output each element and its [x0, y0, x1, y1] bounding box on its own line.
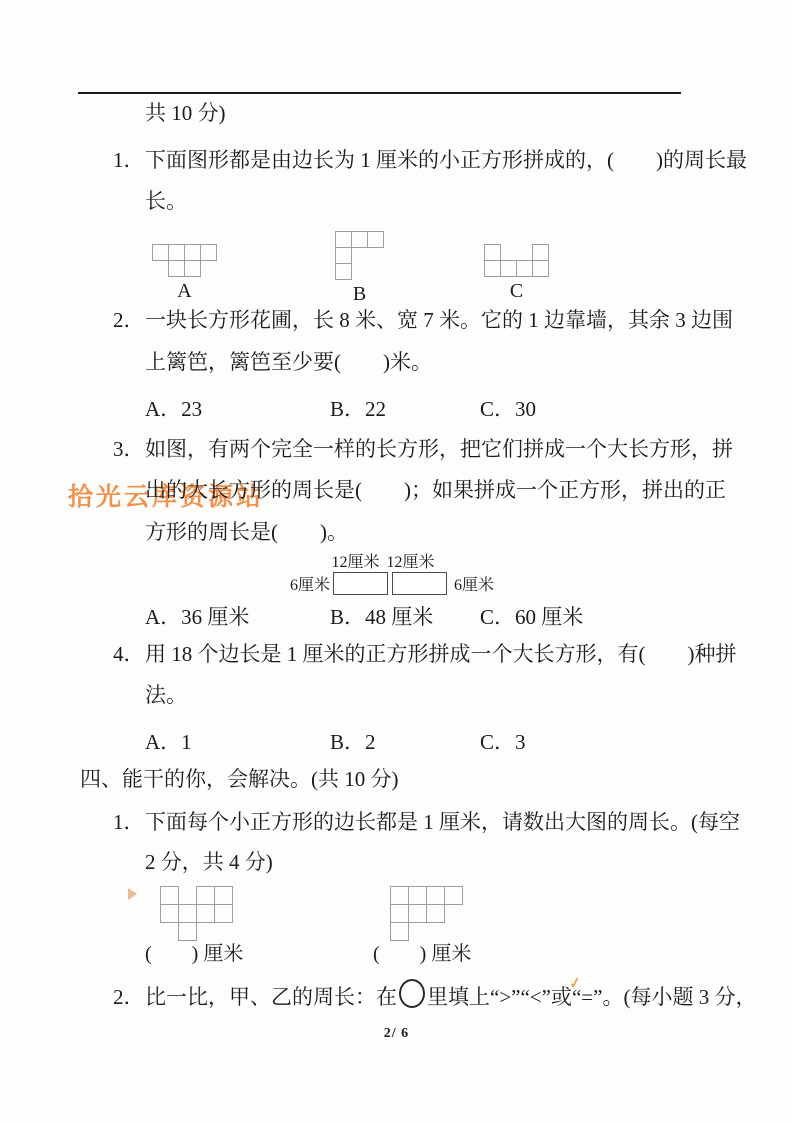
q4-line1: 4．用 18 个边长是 1 厘米的正方形拼成一个大长方形，有( )种拼: [113, 641, 736, 667]
q1-figure-c-label: C: [510, 280, 523, 303]
q1-text: 下面图形都是由边长为 1 厘米的小正方形拼成的，( )的周长最: [145, 148, 747, 172]
q4-line2: 法。: [145, 682, 187, 708]
s4q2-text-after: 里填上“>”“<”或“=”。(每小题 3 分，: [427, 985, 756, 1009]
q2-number: 2．: [113, 307, 145, 333]
watermark-artifact-triangle-icon: [128, 888, 137, 900]
q1-figure-a-grid: [152, 244, 217, 277]
s4q1-figure-left-grid: [160, 886, 233, 941]
q4-option-b: B．2: [330, 726, 376, 756]
q3-option-a: A．36 厘米: [145, 601, 249, 631]
q2-line1: 2．一块长方形花圃，长 8 米、宽 7 米。它的 1 边靠墙，其余 3 边围: [113, 307, 733, 333]
comparison-circle: [399, 979, 425, 1008]
s4q1-figure-right-grid: [390, 886, 463, 941]
q3-figure: 12厘米 12厘米 6厘米 6厘米: [287, 549, 497, 595]
q1-figure-b-label: B: [353, 283, 366, 306]
page-number: 2/ 6: [0, 1026, 793, 1042]
q1-figure-c-grid: [484, 244, 549, 277]
q2-text: 一块长方形花圃，长 8 米、宽 7 米。它的 1 边靠墙，其余 3 边围: [145, 308, 733, 332]
q3-figure-rect-1: [333, 572, 388, 595]
s4q1-text: 下面每个小正方形的边长都是 1 厘米，请数出大图的周长。(每空: [145, 810, 740, 834]
worksheet-page: 拾光云库资源站 共 10 分) 1．下面图形都是由边长为 1 厘米的小正方形拼成…: [0, 0, 793, 1122]
q2-option-b: B．22: [330, 393, 386, 423]
q3-figure-top-label-1: 12厘米: [328, 549, 383, 572]
s4q1-line1: 1．下面每个小正方形的边长都是 1 厘米，请数出大图的周长。(每空: [113, 809, 740, 835]
q1-line1: 1．下面图形都是由边长为 1 厘米的小正方形拼成的，( )的周长最: [113, 147, 747, 173]
q1-figure-a: A: [152, 244, 217, 303]
s4q1-answer-blank-right: ( ) 厘米: [373, 941, 471, 967]
q3-option-b: B．48 厘米: [330, 601, 433, 631]
q3-line1: 3．如图，有两个完全一样的长方形，把它们拼成一个大长方形，拼: [113, 436, 733, 462]
q2-line2: 上篱笆，篱笆至少要( )米。: [145, 349, 432, 375]
section3-points-note: 共 10 分): [145, 100, 226, 126]
q1-line2: 长。: [145, 188, 187, 214]
s4q1-line2: 2 分，共 4 分): [145, 849, 273, 875]
header-divider: [78, 92, 681, 94]
q1-figure-b: B: [335, 231, 384, 306]
s4q1-figure-left: [160, 886, 233, 941]
q3-figure-rect-2: [392, 572, 447, 595]
q2-options: A．23 B．22 C．30: [145, 393, 725, 421]
q3-line3: 方形的周长是( )。: [145, 519, 348, 545]
q4-option-a: A．1: [145, 726, 192, 756]
q2-option-c: C．30: [480, 393, 536, 423]
q4-option-c: C．3: [480, 726, 526, 756]
s4q1-number: 1．: [113, 809, 145, 835]
q3-figure-right-label: 6厘米: [454, 572, 494, 595]
s4q1-answer-blank-left: ( ) 厘米: [145, 941, 243, 967]
q1-number: 1．: [113, 147, 145, 173]
q1-figure-a-label: A: [177, 280, 191, 303]
q3-line2: 出的大长方形的周长是( )；如果拼成一个正方形，拼出的正: [145, 477, 726, 503]
q3-figure-top-labels: 12厘米 12厘米: [328, 549, 497, 572]
q2-option-a: A．23: [145, 393, 202, 423]
q3-figure-rect-row: 6厘米 6厘米: [287, 572, 497, 595]
q3-option-c: C．60 厘米: [480, 601, 583, 631]
q1-figure-b-grid: [335, 231, 384, 280]
s4q1-figure-right: [390, 886, 463, 941]
s4q2-number: 2．: [113, 984, 145, 1010]
section4-title: 四、能干的你，会解决。(共 10 分): [80, 766, 399, 792]
q1-figure-c: C: [484, 244, 549, 303]
q3-figure-top-label-2: 12厘米: [383, 549, 438, 572]
s4q2-text-before: 比一比，甲、乙的周长：在: [145, 985, 397, 1009]
q4-options: A．1 B．2 C．3: [145, 726, 725, 754]
q3-text: 如图，有两个完全一样的长方形，把它们拼成一个大长方形，拼: [145, 437, 733, 461]
q3-number: 3．: [113, 436, 145, 462]
q4-text: 用 18 个边长是 1 厘米的正方形拼成一个大长方形，有( )种拼: [145, 642, 736, 666]
q3-figure-left-label: 6厘米: [290, 572, 330, 595]
q3-options: A．36 厘米 B．48 厘米 C．60 厘米: [145, 601, 725, 629]
s4q2-line1: 2．比一比，甲、乙的周长：在里填上“>”“<”或“=”。(每小题 3 分，: [113, 979, 756, 1010]
q4-number: 4．: [113, 641, 145, 667]
